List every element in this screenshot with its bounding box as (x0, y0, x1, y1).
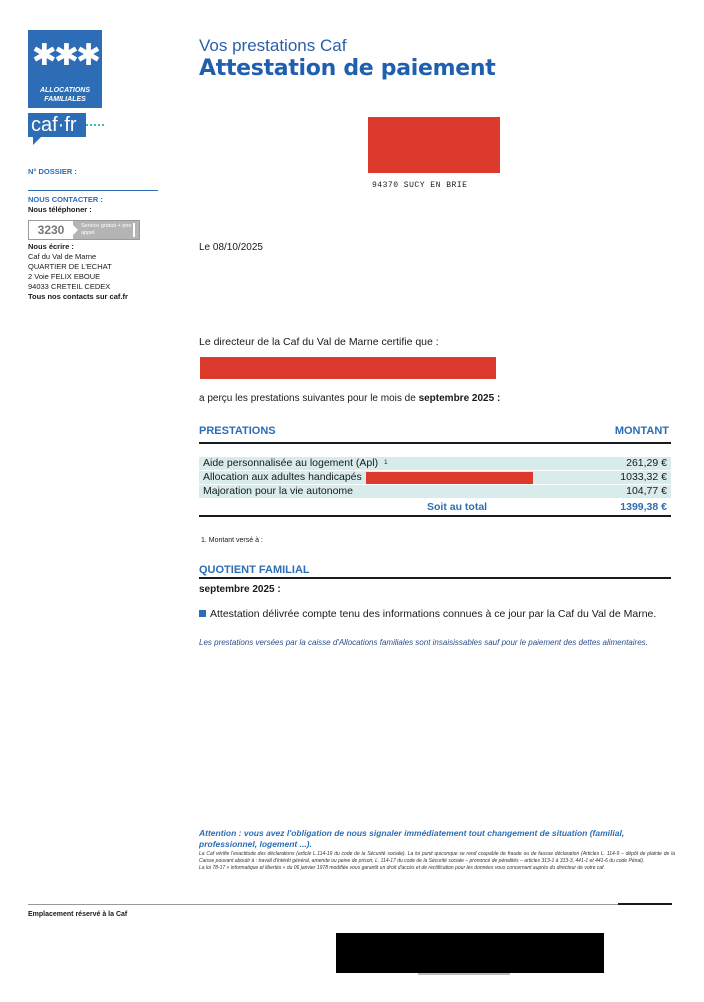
row-note: 1 (384, 460, 387, 466)
total-label: Soit au total (427, 499, 487, 515)
legal-paragraph: La Caf vérifie l'exactitude des déclarat… (199, 851, 675, 865)
redacted-barcode (336, 933, 604, 973)
table-header: PRESTATIONS MONTANT (199, 425, 671, 441)
col-prestations: PRESTATIONS (199, 425, 276, 437)
contacts-link[interactable]: Tous nos contacts sur caf.fr (28, 292, 128, 302)
dotted-line-decoration (86, 124, 104, 126)
family-figures-icon: ✱✱✱ (28, 36, 102, 76)
badge-bar-decoration (133, 223, 135, 237)
badge-arrow-icon (73, 225, 78, 235)
phone-badge-text: Service gratuit + prix appel (81, 223, 139, 237)
certification-intro: Le directeur de la Caf du Val de Marne c… (199, 336, 439, 348)
legal-text: La Caf vérifie l'exactitude des déclarat… (199, 851, 675, 872)
caf-logo: ✱✱✱ ALLOCATIONS FAMILIALES (28, 30, 102, 108)
table-header-rule (199, 442, 671, 444)
phone-number: 3230 (29, 221, 73, 239)
table-row: Majoration pour la vie autonome 104,77 € (199, 485, 671, 498)
address-line: QUARTIER DE L'ECHAT (28, 262, 128, 272)
sidebar-divider (28, 190, 158, 191)
quotient-title: QUOTIENT FAMILIAL (199, 564, 671, 579)
document-subtitle: Vos prestations Caf (199, 36, 346, 56)
row-amount: 1033,32 € (620, 471, 667, 484)
table-row: Aide personnalisée au logement (Apl)1 26… (199, 457, 671, 470)
address-line: 94033 CRETEIL CEDEX (28, 282, 128, 292)
logo-org-name: ALLOCATIONS FAMILIALES (28, 86, 102, 104)
phone-label: Nous téléphoner : (28, 205, 92, 215)
redacted-recipient-address (368, 117, 500, 173)
attestation-text: Attestation délivrée compte tenu des inf… (210, 608, 656, 620)
redacted-beneficiary-name (200, 357, 496, 379)
reserved-area-label: Emplacement réservé à la Caf (28, 911, 127, 918)
address-line: Caf du Val de Marne (28, 252, 128, 262)
row-label: Majoration pour la vie autonome (203, 485, 353, 497)
received-suffix: : (494, 393, 500, 404)
recipient-city: 94370 SUCY EN BRIE (372, 181, 467, 190)
dossier-label: N° DOSSIER : (28, 167, 77, 177)
write-label: Nous écrire : (28, 242, 128, 252)
document-date: Le 08/10/2025 (199, 242, 263, 253)
received-period: septembre 2025 (419, 393, 495, 404)
quotient-month: septembre 2025 : (199, 584, 281, 595)
table-row: Allocation aux adultes handicapés 1033,3… (199, 471, 671, 484)
redacted-row-detail (366, 472, 533, 484)
total-amount: 1399,38 € (620, 499, 667, 515)
address-line: 2 Voie FELIX EBOUE (28, 272, 128, 282)
attestation-note: Attestation délivrée compte tenu des inf… (199, 607, 673, 621)
received-prefix: a perçu les prestations suivantes pour l… (199, 393, 419, 404)
table-bottom-rule (199, 515, 671, 517)
footnote: 1. Montant versé à : (201, 537, 263, 544)
legal-paragraph: La loi 78-17 « informatique et libertés … (199, 865, 675, 872)
square-bullet-icon (199, 610, 206, 617)
table-total-row: Soit au total 1399,38 € (199, 499, 671, 515)
redacted-barcode-caption (418, 973, 510, 975)
row-label: Aide personnalisée au logement (Apl) (203, 457, 378, 469)
insaisissable-note: Les prestations versées par la caisse d'… (199, 637, 673, 648)
prestations-table: PRESTATIONS MONTANT Aide personnalisée a… (199, 425, 671, 517)
document-title: Attestation de paiement (199, 56, 495, 81)
bottom-divider (28, 904, 672, 905)
phone-badge: 3230 Service gratuit + prix appel (28, 220, 140, 240)
write-address-block: Nous écrire : Caf du Val de Marne QUARTI… (28, 242, 128, 302)
col-montant: MONTANT (615, 425, 669, 437)
bottom-divider-accent (618, 903, 672, 905)
caf-fr-logo: caf·fr (28, 113, 86, 137)
warning-title: Attention : vous avez l'obligation de no… (199, 828, 675, 850)
contact-label: NOUS CONTACTER : (28, 195, 103, 205)
row-amount: 261,29 € (626, 457, 667, 470)
received-statement: a perçu les prestations suivantes pour l… (199, 393, 500, 404)
speech-bubble-tail-icon (33, 137, 41, 145)
row-label: Allocation aux adultes handicapés (203, 471, 362, 483)
row-amount: 104,77 € (626, 485, 667, 498)
